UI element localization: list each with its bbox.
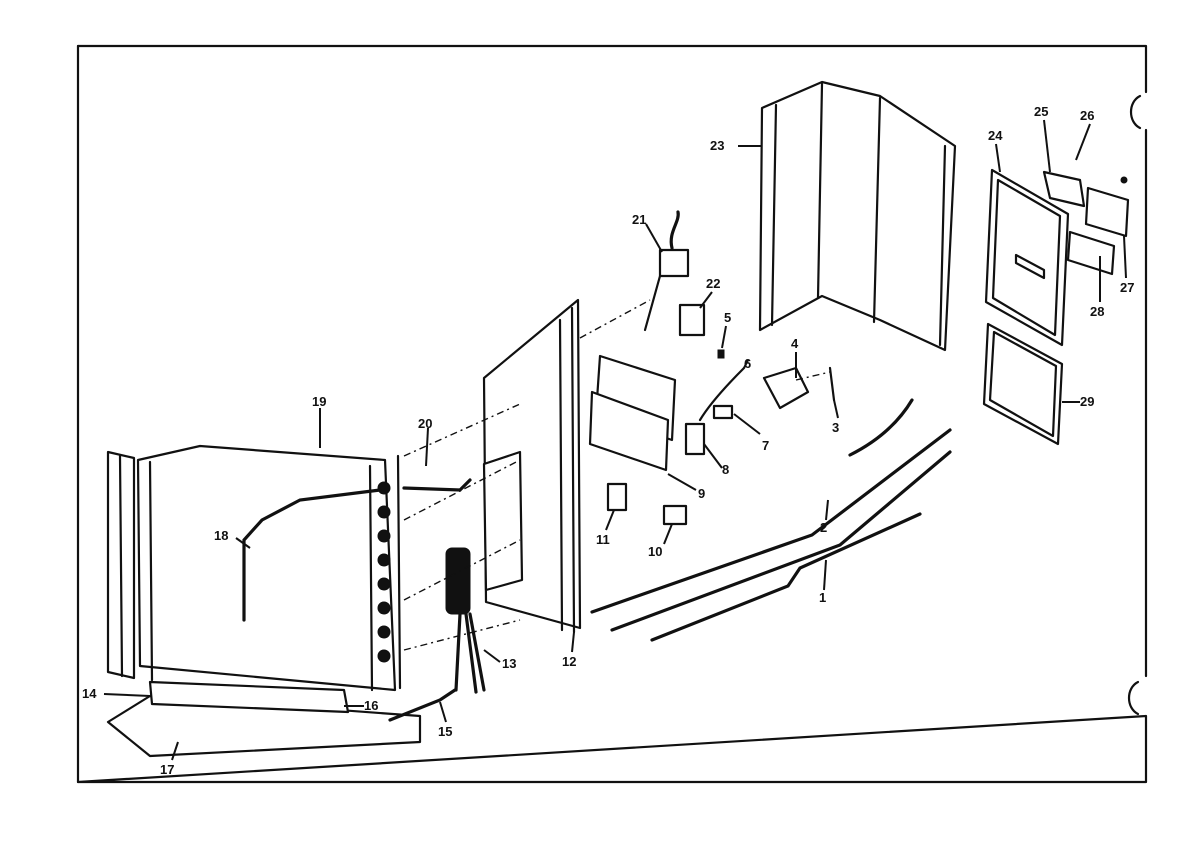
part-8-block: [686, 424, 704, 454]
part-9-control-bracket: [590, 356, 675, 470]
svg-text:24: 24: [988, 128, 1003, 143]
part-23-cabinet-wrapper: [760, 82, 955, 350]
svg-text:28: 28: [1090, 304, 1104, 319]
svg-text:13: 13: [502, 656, 516, 671]
svg-text:6: 6: [744, 356, 751, 371]
part-21-22-switch-assembly: [645, 212, 704, 335]
svg-text:9: 9: [698, 486, 705, 501]
parts-diagram: 1 2 3 4 5 6 7 8 9 10 11 12 13 14 15 16 1…: [0, 0, 1200, 841]
svg-text:23: 23: [710, 138, 724, 153]
part-19-condenser-coil: [108, 446, 400, 690]
part-13-capacitor: [446, 548, 484, 692]
binder-hole-bottom: [1129, 682, 1138, 714]
part-10-relay: [664, 506, 686, 524]
binder-hole-top: [1131, 96, 1140, 128]
svg-text:19: 19: [312, 394, 326, 409]
svg-text:14: 14: [82, 686, 97, 701]
svg-text:26: 26: [1080, 108, 1094, 123]
part-12-partition-panel: [484, 300, 580, 632]
svg-text:21: 21: [632, 212, 646, 227]
svg-text:8: 8: [722, 462, 729, 477]
svg-text:1: 1: [819, 590, 826, 605]
svg-text:15: 15: [438, 724, 452, 739]
svg-text:10: 10: [648, 544, 662, 559]
svg-text:27: 27: [1120, 280, 1134, 295]
svg-text:12: 12: [562, 654, 576, 669]
part-29-filter: [984, 324, 1062, 444]
svg-text:17: 17: [160, 762, 174, 777]
svg-text:4: 4: [791, 336, 799, 351]
part-17-base-pan: [108, 682, 420, 756]
svg-text:7: 7: [762, 438, 769, 453]
part-5-screw: [718, 350, 724, 358]
svg-text:25: 25: [1034, 104, 1048, 119]
svg-text:5: 5: [724, 310, 731, 325]
part-4-bracket: [764, 368, 808, 408]
svg-text:2: 2: [820, 520, 827, 535]
svg-text:11: 11: [596, 532, 610, 547]
svg-text:22: 22: [706, 276, 720, 291]
part-15-lead: [390, 690, 455, 720]
svg-text:18: 18: [214, 528, 228, 543]
svg-text:29: 29: [1080, 394, 1094, 409]
svg-text:3: 3: [832, 420, 839, 435]
svg-text:20: 20: [418, 416, 432, 431]
part-7-clip: [714, 406, 732, 418]
svg-text:16: 16: [364, 698, 378, 713]
part-11-switch: [608, 484, 626, 510]
part-20-fitting: [404, 480, 470, 490]
part-3-screw: [830, 368, 834, 400]
